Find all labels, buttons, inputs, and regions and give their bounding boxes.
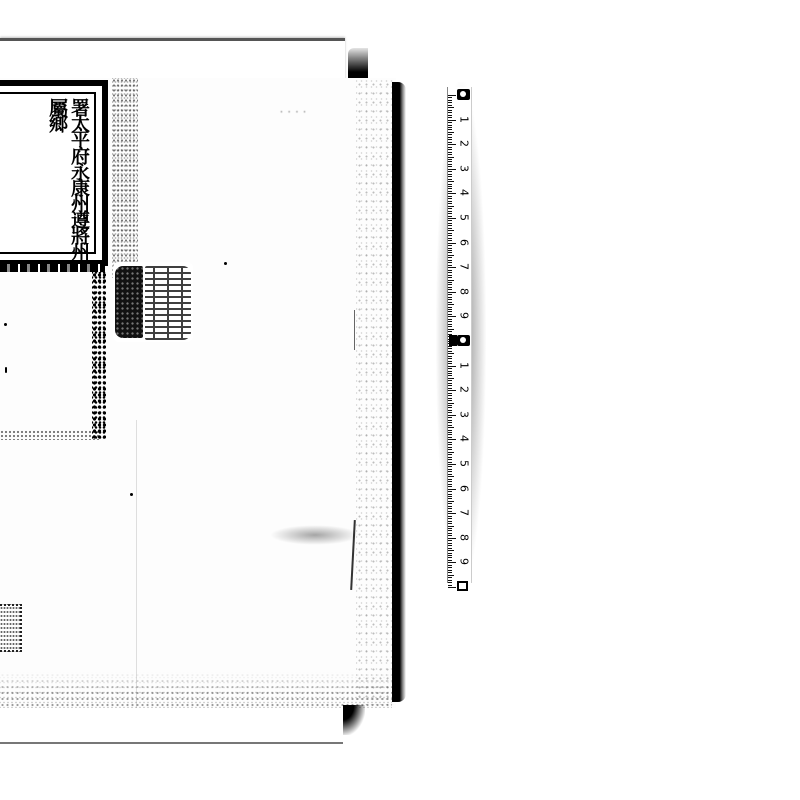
- ruler-tick: [448, 142, 452, 143]
- ruler-tick: [448, 572, 452, 573]
- ruler-tick: [448, 498, 452, 499]
- ruler-tick: [448, 220, 452, 221]
- ruler-tick: [448, 287, 452, 288]
- ruler-label: 8: [459, 530, 470, 544]
- ruler-tick: [448, 198, 452, 199]
- ruler-tick: [448, 511, 452, 512]
- ruler-tick: [448, 157, 454, 158]
- ruler-tick: [448, 329, 454, 330]
- ruler-tick: [448, 260, 452, 261]
- ruler-tick: [448, 516, 452, 517]
- ruler-tick: [448, 540, 452, 541]
- ruler-tick: [448, 127, 452, 128]
- ruler-label: 4: [459, 186, 470, 200]
- measurement-ruler: 123456789123456789: [447, 87, 472, 583]
- ruler-tick: [448, 267, 456, 268]
- ruler-tick: [448, 176, 452, 177]
- ruler-tick: [448, 390, 456, 391]
- ruler-tick: [448, 513, 456, 514]
- ruler-tick: [448, 356, 452, 357]
- ruler-tick: [448, 567, 452, 568]
- ruler-label: 2: [459, 137, 470, 151]
- ruler-tick: [448, 216, 452, 217]
- ruler-tick: [448, 405, 452, 406]
- ruler-tick: [448, 277, 452, 278]
- ruler-tick: [448, 129, 452, 130]
- ruler-tick: [448, 375, 452, 376]
- ruler-tick: [448, 152, 452, 153]
- ruler-tick: [448, 282, 452, 283]
- ruler-tick: [448, 545, 452, 546]
- ruler-tick: [448, 459, 452, 460]
- ruler-tick: [448, 161, 452, 162]
- ruler-tick: [448, 169, 456, 170]
- ruler-tick: [448, 580, 452, 581]
- ruler-tick: [448, 479, 452, 480]
- ruler-tick: [448, 548, 452, 549]
- ruler-tick: [448, 144, 456, 145]
- ruler-tick: [448, 457, 452, 458]
- ruler-tick: [448, 228, 452, 229]
- paper-crease-small: [354, 310, 355, 350]
- ruler-tick: [448, 265, 452, 266]
- ruler-tick: [448, 245, 452, 246]
- ruler-tick: [448, 164, 452, 165]
- ruler-tick: [448, 206, 454, 207]
- ruler-tick: [448, 385, 452, 386]
- ruler-tick: [448, 95, 456, 96]
- ruler-tick: [448, 417, 452, 418]
- ruler-tick: [448, 230, 454, 231]
- ruler-tick: [448, 132, 454, 133]
- ruler-tick: [448, 139, 452, 140]
- ruler-label: 9: [459, 555, 470, 569]
- ruler-tick: [448, 272, 452, 273]
- ruler-tick: [448, 358, 452, 359]
- ruler-tick: [448, 240, 452, 241]
- seal-left-half: [115, 266, 143, 338]
- ruler-tick: [448, 218, 456, 219]
- ruler-tick: [448, 363, 452, 364]
- ruler-tick: [448, 518, 452, 519]
- fold-line: [136, 420, 137, 710]
- ruler-label: 4: [459, 432, 470, 446]
- ruler-tick: [448, 174, 452, 175]
- ruler-tick: [448, 292, 456, 293]
- ruler-tick: [448, 105, 452, 106]
- ruler-tick: [448, 294, 452, 295]
- ruler-tick: [448, 543, 452, 544]
- ruler-tick: [448, 353, 454, 354]
- ruler-tick: [448, 434, 452, 435]
- ruler-tick: [448, 407, 452, 408]
- ruler-tick: [448, 107, 454, 108]
- ruler-label: 6: [459, 481, 470, 495]
- ruler-label: 9: [459, 309, 470, 323]
- ruler-tick: [448, 412, 452, 413]
- ruler-tick: [448, 533, 452, 534]
- ruler-tick: [448, 326, 452, 327]
- ruler-tick: [448, 304, 454, 305]
- back-sheet-bottom: [0, 708, 343, 744]
- ruler-tick: [448, 366, 456, 367]
- ruler-tick: [448, 289, 452, 290]
- ruler-tick: [448, 147, 452, 148]
- ruler-tick: [448, 248, 452, 249]
- ink-spot: [224, 262, 227, 265]
- ruler-tick: [448, 213, 452, 214]
- cover-edge-shadow: [392, 82, 406, 702]
- ruler-end-marker: [457, 581, 468, 591]
- ruler-tick: [448, 193, 456, 194]
- ruler-tick: [448, 316, 456, 317]
- ruler-tick: [448, 319, 452, 320]
- ink-spot: [130, 493, 133, 496]
- ruler-tick: [448, 501, 454, 502]
- ruler-tick: [448, 252, 452, 253]
- ruler-tick: [448, 346, 452, 347]
- ruler-tick: [448, 466, 452, 467]
- ruler-tick: [448, 553, 452, 554]
- ruler-tick: [448, 430, 452, 431]
- ruler-tick: [448, 494, 452, 495]
- ruler-tick: [448, 587, 456, 588]
- ruler-tick: [448, 324, 452, 325]
- lower-slip-right-border: [92, 272, 106, 440]
- seal-stamp: [113, 262, 193, 342]
- ruler-tick: [448, 388, 452, 389]
- ruler-label: 8: [459, 284, 470, 298]
- ruler-tick: [448, 489, 456, 490]
- faint-top-marks: ‧ ‧ ‧ ‧: [280, 108, 307, 118]
- ruler-tick: [448, 196, 452, 197]
- ruler-tick: [448, 462, 452, 463]
- ruler-tick: [448, 383, 452, 384]
- ruler-start-marker: [457, 89, 470, 100]
- ruler-tick: [448, 280, 454, 281]
- small-seal-stamp: [0, 604, 22, 652]
- ruler-tick: [448, 243, 456, 244]
- ruler-tick: [448, 585, 452, 586]
- ruler-tick: [448, 302, 452, 303]
- ruler-label: 7: [459, 506, 470, 520]
- ruler-tick: [448, 476, 454, 477]
- ruler-tick: [448, 444, 452, 445]
- ruler-tick: [448, 179, 452, 180]
- ruler-tick: [448, 442, 452, 443]
- ruler-tick: [448, 120, 456, 121]
- ruler-tick: [448, 314, 452, 315]
- ruler-tick: [448, 425, 452, 426]
- ruler-tick: [448, 380, 452, 381]
- ruler-tick: [448, 562, 456, 563]
- ruler-tick: [448, 491, 452, 492]
- ruler-tick: [448, 225, 452, 226]
- back-sheet-top: [0, 38, 345, 81]
- ruler-tick: [448, 400, 452, 401]
- ruler-label: 3: [459, 161, 470, 175]
- ruler-tick: [448, 415, 456, 416]
- ruler-tick: [448, 481, 452, 482]
- ruler-tick: [448, 560, 452, 561]
- ink-spot: [5, 367, 7, 373]
- ruler-tick: [448, 112, 452, 113]
- ruler-tick: [448, 503, 452, 504]
- ruler-tick: [448, 535, 452, 536]
- ruler-tick: [448, 348, 452, 349]
- ruler-tick: [448, 100, 452, 101]
- ruler-tick: [448, 447, 452, 448]
- ruler-tick: [448, 484, 452, 485]
- ruler-tick: [448, 115, 452, 116]
- ruler-tick: [448, 452, 454, 453]
- ruler-tick: [448, 307, 452, 308]
- ruler-tick: [448, 159, 452, 160]
- ruler-tick: [448, 398, 452, 399]
- ruler-tick: [448, 526, 454, 527]
- ruler-tick: [448, 454, 452, 455]
- spine-wear: [112, 78, 138, 278]
- ruler-tick: [448, 361, 452, 362]
- ruler-tick: [448, 275, 452, 276]
- ruler-tick: [448, 528, 452, 529]
- lower-slip-bottom-border: [0, 430, 100, 440]
- ruler-tick: [448, 181, 454, 182]
- ruler-tick: [448, 211, 452, 212]
- lower-paper-slip: [0, 272, 108, 440]
- ruler-tick: [448, 125, 452, 126]
- ruler-tick: [448, 201, 452, 202]
- ruler-tick: [448, 351, 452, 352]
- ruler-tick: [448, 557, 452, 558]
- ruler-tick: [448, 171, 452, 172]
- ruler-tick: [448, 555, 452, 556]
- ruler-tick: [448, 186, 452, 187]
- title-slip-bottom-border: [0, 264, 105, 272]
- ruler-tick: [448, 378, 454, 379]
- edge-wear-right: [356, 80, 394, 705]
- ruler-tick: [448, 154, 452, 155]
- ruler-tick: [448, 496, 452, 497]
- ruler-tick: [448, 393, 452, 394]
- ruler-decimeter-marker: [457, 335, 470, 346]
- ruler-tick: [448, 122, 452, 123]
- ruler-tick: [448, 208, 452, 209]
- ruler-tick: [448, 538, 456, 539]
- ruler-tick: [448, 530, 452, 531]
- ruler-tick: [448, 188, 452, 189]
- ink-smudge: [270, 525, 360, 545]
- ruler-tick: [448, 422, 452, 423]
- ruler-label: 2: [459, 383, 470, 397]
- ruler-tick: [448, 255, 454, 256]
- ruler-tick: [448, 471, 452, 472]
- ruler-tick: [448, 134, 452, 135]
- ruler-tick: [448, 439, 456, 440]
- ruler-tick: [448, 565, 452, 566]
- ruler-tick: [448, 102, 452, 103]
- ruler-tick: [448, 184, 452, 185]
- ruler-tick: [448, 449, 452, 450]
- ruler-tick: [448, 395, 452, 396]
- ruler-tick: [448, 191, 452, 192]
- ruler-tick: [448, 403, 454, 404]
- ruler-label: 1: [459, 358, 470, 372]
- title-slip: 署太平府永康州遵將州屬鄉: [0, 80, 108, 266]
- ruler-tick: [448, 110, 452, 111]
- ruler-tick: [448, 577, 452, 578]
- ruler-tick: [448, 233, 452, 234]
- ruler-tick: [448, 250, 452, 251]
- edge-wear-bottom: [0, 672, 392, 708]
- ruler-tick: [448, 97, 452, 98]
- ruler-tick: [448, 368, 452, 369]
- ruler-tick: [448, 297, 452, 298]
- ruler-tick: [448, 427, 454, 428]
- ruler-tick: [448, 284, 452, 285]
- ruler-tick: [448, 117, 452, 118]
- document-scan: 署太平府永康州遵將州屬鄉 ‧ ‧ ‧ ‧ 123456789123456789: [0, 0, 800, 800]
- ruler-tick: [448, 223, 452, 224]
- ruler-tick: [448, 523, 452, 524]
- ruler-tick: [448, 410, 452, 411]
- ruler-tick: [448, 270, 452, 271]
- ruler-tick: [448, 235, 452, 236]
- ruler-label: 5: [459, 457, 470, 471]
- ruler-tick: [448, 137, 452, 138]
- ruler-tick: [448, 203, 452, 204]
- ruler-tick: [448, 371, 452, 372]
- ruler-tick: [448, 331, 452, 332]
- ruler-tick: [448, 464, 456, 465]
- ruler-label: 6: [459, 235, 470, 249]
- ruler-tick: [448, 420, 452, 421]
- ruler-tick: [448, 508, 452, 509]
- ruler-label: 3: [459, 407, 470, 421]
- ruler-tick: [448, 166, 452, 167]
- ruler-tick: [448, 570, 452, 571]
- ruler-tick: [448, 474, 452, 475]
- ruler-tick: [448, 437, 452, 438]
- ruler-tick: [448, 149, 452, 150]
- ruler-tick: [448, 521, 452, 522]
- ruler-tick: [448, 309, 452, 310]
- ruler-tick: [448, 321, 452, 322]
- ruler-label: 5: [459, 211, 470, 225]
- ruler-label: 7: [459, 260, 470, 274]
- corner-shadow-bottom: [343, 705, 365, 735]
- ink-spot: [4, 323, 7, 326]
- ruler-tick: [448, 582, 452, 583]
- ruler-tick: [448, 238, 452, 239]
- title-text: 署太平府永康州遵將州屬鄉: [46, 98, 90, 260]
- ruler-tick: [448, 469, 452, 470]
- seal-right-half: [145, 266, 191, 340]
- ruler-tick: [448, 373, 452, 374]
- ruler-tick: [448, 299, 452, 300]
- ruler-label: 1: [459, 112, 470, 126]
- ruler-tick: [448, 262, 452, 263]
- ruler-tick: [448, 550, 454, 551]
- ruler-tick: [448, 575, 454, 576]
- corner-shadow-top: [348, 48, 368, 78]
- ruler-tick: [448, 311, 452, 312]
- ruler-tick: [448, 257, 452, 258]
- ruler-tick: [448, 432, 452, 433]
- ruler-tick: [448, 506, 452, 507]
- ruler-tick: [448, 486, 452, 487]
